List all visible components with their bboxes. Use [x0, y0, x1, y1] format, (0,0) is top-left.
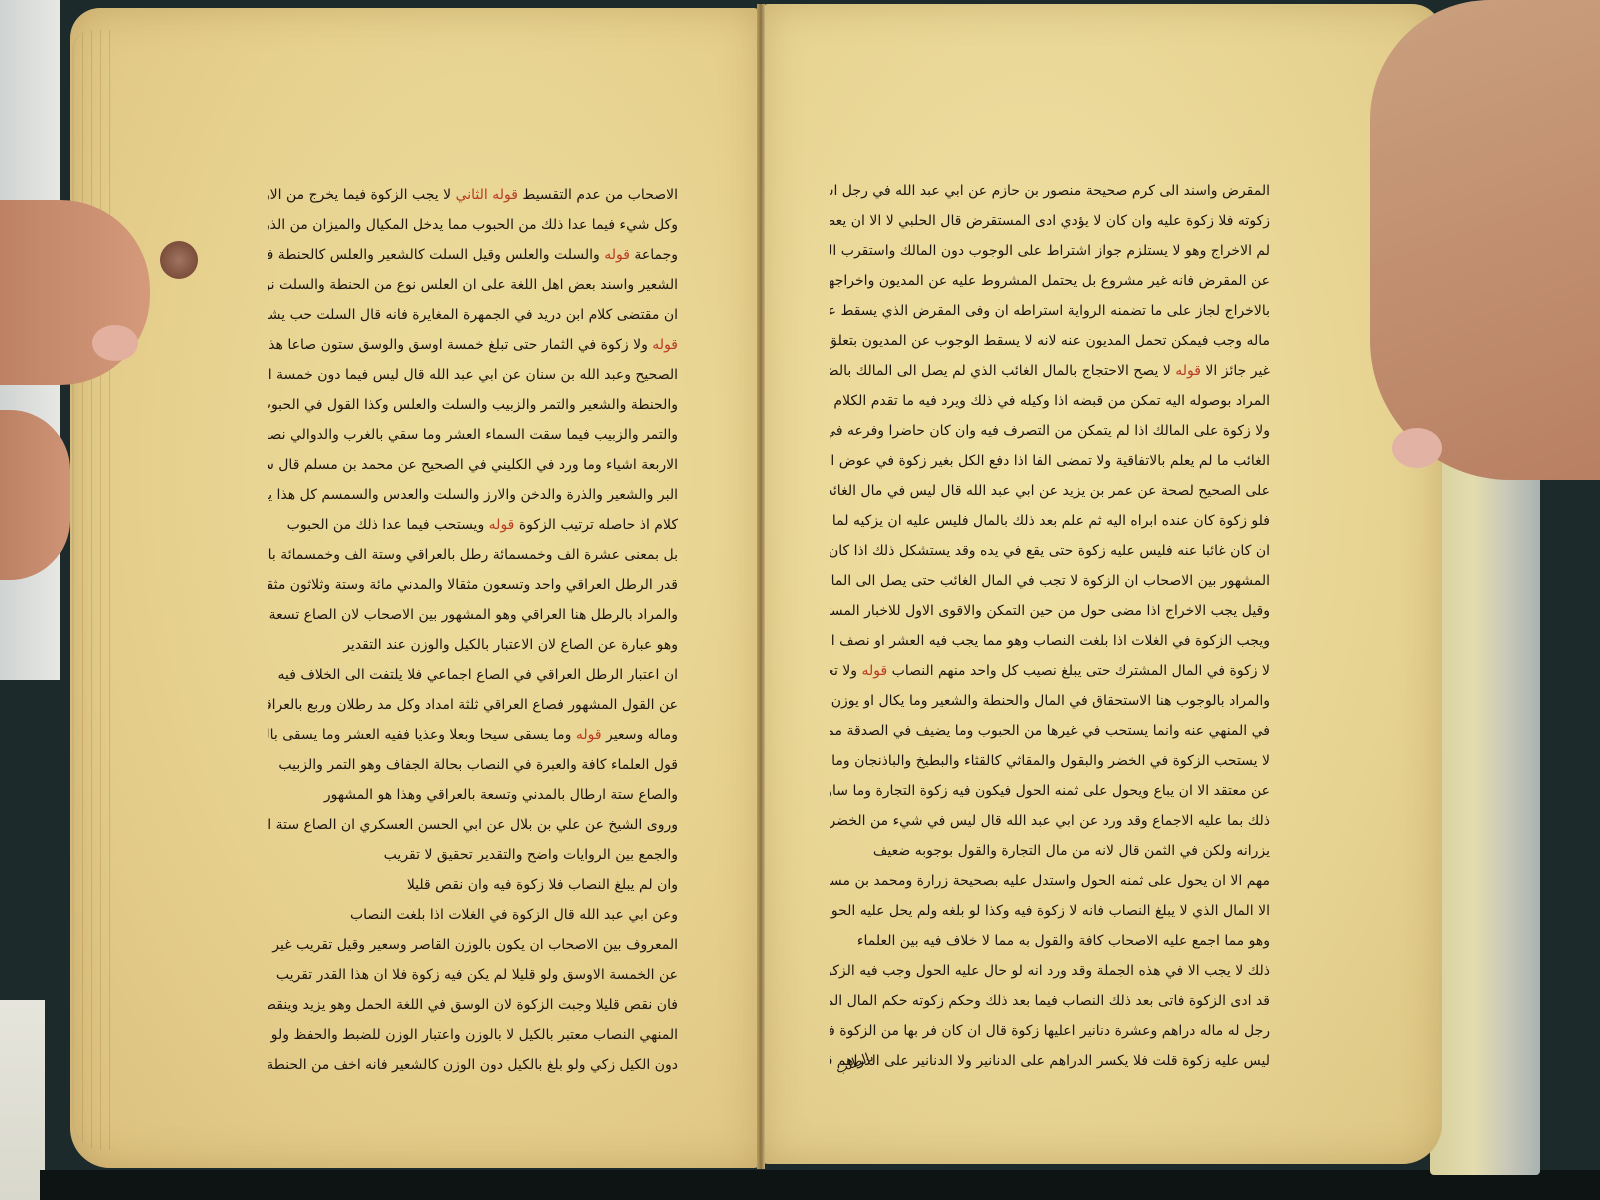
text-line: الصحيح وعبد الله بن سنان عن ابي عبد الله… — [268, 360, 678, 390]
background-surface — [0, 1000, 45, 1200]
text-line: ليس عليه زكوة قلت فلا يكسر الدراهم على ا… — [830, 1046, 1270, 1076]
text-segment: والمراد بالرطل هنا العراقي وهو المشهور ب… — [268, 607, 678, 623]
text-line: قد ادى الزكوة فاتى بعد ذلك النصاب فيما ب… — [830, 986, 1270, 1016]
text-segment: لا يجب الزكوة فيما يخرج من الارض الا في … — [268, 187, 456, 203]
text-segment: قدر الرطل العراقي واحد وتسعون مثقالا وال… — [268, 577, 678, 593]
text-segment: عن المقرض فانه غير مشروع بل يحتمل المشرو… — [830, 273, 1270, 289]
text-line: وماله وسعير قوله وما يسقى سيحا وبعلا وعذ… — [268, 720, 678, 750]
text-segment: وكل شيء فيما عدا ذلك من الحبوب مما يدخل … — [268, 217, 678, 233]
text-segment: عن القول المشهور فصاع العراقي ثلثة امداد… — [268, 697, 678, 713]
text-segment: قول العلماء كافة والعبرة في النصاب بحالة… — [278, 757, 678, 773]
text-segment: ولا زكوة في الثمار حتى تبلغ خمسة اوسق وا… — [268, 337, 652, 353]
text-line: والتمر والزبيب فيما سقت السماء العشر وما… — [268, 420, 678, 450]
book-gutter — [757, 4, 765, 1169]
text-segment: مهم الا ان يحول على ثمنه الحول واستدل عل… — [830, 873, 1270, 889]
book-cradle — [40, 1170, 1600, 1200]
text-segment: فان نقص قليلا وجبت الزكوة لان الوسق في ا… — [268, 997, 678, 1013]
text-segment: وجماعة — [630, 247, 678, 263]
rubric-heading: قوله — [576, 727, 602, 743]
text-line: عن معتقد الا ان يباع ويحول على ثمنه الحو… — [830, 776, 1270, 806]
text-segment: ذلك بما عليه الاجماع وقد ورد عن ابي عبد … — [830, 813, 1270, 829]
text-segment: البر والشعير والذرة والدخن والارز والسلت… — [268, 487, 678, 503]
thumbnail — [92, 325, 138, 361]
text-line: ان كان غائبا عنه فليس عليه زكوة حتى يقع … — [830, 536, 1270, 566]
text-line: المعروف بين الاصحاب ان يكون بالوزن القاص… — [268, 930, 678, 960]
text-segment: المعروف بين الاصحاب ان يكون بالوزن القاص… — [268, 937, 678, 953]
text-line: دون الكيل زكي ولو بلغ بالكيل دون الوزن ك… — [268, 1050, 678, 1080]
text-segment: ان كان غائبا عنه فليس عليه زكوة حتى يقع … — [830, 543, 1270, 559]
text-line: ان اعتبار الرطل العراقي في الصاع اجماعي … — [268, 660, 678, 690]
text-line: الاربعة اشياء وما ورد في الكليني في الصح… — [268, 450, 678, 480]
text-line: قوله ولا زكوة في الثمار حتى تبلغ خمسة او… — [268, 330, 678, 360]
text-line: زكوته فلا زكوة عليه وان كان لا يؤدي ادى … — [830, 206, 1270, 236]
text-line: كلام اذ حاصله ترتيب الزكوة قوله ويستحب ف… — [268, 510, 678, 540]
right-page-text: المقرض واسند الى كرم صحيحة منصور بن حازم… — [830, 176, 1270, 1076]
text-line: بل بمعنى عشرة الف وخمسمائة رطل بالعراقي … — [268, 540, 678, 570]
text-segment: ولا زكوة على المالك اذا لم يتمكن من التص… — [830, 423, 1270, 439]
text-line: فلو زكوة كان عنده ابراه اليه ثم علم بعد … — [830, 506, 1270, 536]
text-segment: والجمع بين الروايات واضح والتقدير تحقيق … — [384, 847, 678, 863]
text-segment: وماله وسعير — [602, 727, 678, 743]
text-segment: رجل له ماله دراهم وعشرة دنانير اعليها زك… — [830, 1023, 1270, 1039]
text-segment: لم الاخراج وهو لا يستلزم جواز اشتراط على… — [830, 243, 1270, 259]
text-line: ويجب الزكوة في الغلات اذا بلغت النصاب وه… — [830, 626, 1270, 656]
text-segment: على الصحيح لصحة عن عمر بن يزيد عن ابي عب… — [830, 483, 1270, 499]
rubric-heading: قوله الثاني — [456, 187, 518, 203]
ink-stain — [160, 241, 198, 279]
text-line: الغائب ما لم يعلم بالاتفاقية ولا تمضى ال… — [830, 446, 1270, 476]
text-segment: وهو عبارة عن الصاع لان الاعتبار بالكيل و… — [343, 637, 678, 653]
page-stack-left — [72, 30, 114, 1150]
thumbnail — [1392, 428, 1442, 468]
text-line: رجل له ماله دراهم وعشرة دنانير اعليها زك… — [830, 1016, 1270, 1046]
text-line: والجمع بين الروايات واضح والتقدير تحقيق … — [268, 840, 678, 870]
text-line: في المنهي عنه وانما يستحب في غيرها من ال… — [830, 716, 1270, 746]
text-line: عن الخمسة الاوسق ولو قليلا لم يكن فيه زك… — [268, 960, 678, 990]
text-line: قدر الرطل العراقي واحد وتسعون مثقالا وال… — [268, 570, 678, 600]
text-segment: الاربعة اشياء وما ورد في الكليني في الصح… — [268, 457, 678, 473]
text-segment: ان مقتضى كلام ابن دريد في الجمهرة المغاي… — [268, 307, 678, 323]
text-segment: الغائب ما لم يعلم بالاتفاقية ولا تمضى ال… — [830, 453, 1270, 469]
text-segment: بل بمعنى عشرة الف وخمسمائة رطل بالعراقي … — [268, 547, 678, 563]
text-line: بالاخراج لجاز على ما تضمنه الرواية استرا… — [830, 296, 1270, 326]
text-segment: يزرانه ولكن في الثمن قال لانه من مال الت… — [873, 843, 1270, 859]
hand-right-thumb — [1370, 0, 1600, 480]
text-line: المراد بوصوله اليه تمكن من قبضه اذا وكيل… — [830, 386, 1270, 416]
text-line: وهو عبارة عن الصاع لان الاعتبار بالكيل و… — [268, 630, 678, 660]
text-line: مهم الا ان يحول على ثمنه الحول واستدل عل… — [830, 866, 1270, 896]
rubric-heading: قوله — [604, 247, 630, 263]
text-segment: بالاخراج لجاز على ما تضمنه الرواية استرا… — [830, 303, 1270, 319]
text-segment: غير جائز الا — [1201, 363, 1270, 379]
text-segment: المراد بوصوله اليه تمكن من قبضه اذا وكيل… — [830, 393, 1270, 409]
text-segment: الا المال الذي لا يبلغ النصاب فانه لا زك… — [830, 903, 1270, 919]
text-segment: لا يصح الاحتجاج بالمال الغائب الذي لم يص… — [830, 363, 1175, 379]
text-line: لم الاخراج وهو لا يستلزم جواز اشتراط على… — [830, 236, 1270, 266]
text-line: الا المال الذي لا يبلغ النصاب فانه لا زك… — [830, 896, 1270, 926]
text-line: غير جائز الا قوله لا يصح الاحتجاج بالمال… — [830, 356, 1270, 386]
text-segment: وعن ابي عبد الله قال الزكوة في الغلات اذ… — [350, 907, 678, 923]
rubric-heading: قوله — [861, 663, 887, 679]
text-line: ولا زكوة على المالك اذا لم يتمكن من التص… — [830, 416, 1270, 446]
text-segment: ولا تجب الزكوة — [830, 663, 861, 679]
text-line: والصاع ستة ارطال بالمدني وتسعة بالعراقي … — [268, 780, 678, 810]
text-line: لا يستحب الزكوة في الخضر والبقول والمقاث… — [830, 746, 1270, 776]
rubric-heading: قوله — [489, 517, 515, 533]
text-line: ذلك لا يجب الا في هذه الجملة وقد ورد انه… — [830, 956, 1270, 986]
text-segment: الاصحاب من عدم التقسيط — [518, 187, 678, 203]
text-line: عن القول المشهور فصاع العراقي ثلثة امداد… — [268, 690, 678, 720]
text-line: والمراد بالوجوب هنا الاستحقاق في المال و… — [830, 686, 1270, 716]
text-segment: ان اعتبار الرطل العراقي في الصاع اجماعي … — [278, 667, 679, 683]
text-segment: زكوته فلا زكوة عليه وان كان لا يؤدي ادى … — [830, 213, 1270, 229]
text-segment: دون الكيل زكي ولو بلغ بالكيل دون الوزن ك… — [268, 1057, 678, 1073]
text-segment: لا يستحب الزكوة في الخضر والبقول والمقاث… — [830, 753, 1270, 769]
text-segment: فلو زكوة كان عنده ابراه اليه ثم علم بعد … — [830, 513, 1270, 529]
text-segment: والسلت والعلس وقيل السلت كالشعير والعلس … — [268, 247, 604, 263]
text-segment: عن معتقد الا ان يباع ويحول على ثمنه الحو… — [830, 783, 1270, 799]
text-segment: المقرض واسند الى كرم صحيحة منصور بن حازم… — [830, 183, 1270, 199]
text-line: فان نقص قليلا وجبت الزكوة لان الوسق في ا… — [268, 990, 678, 1020]
text-segment: والمراد بالوجوب هنا الاستحقاق في المال و… — [830, 693, 1270, 709]
text-line: وكل شيء فيما عدا ذلك من الحبوب مما يدخل … — [268, 210, 678, 240]
text-line: عن المقرض فانه غير مشروع بل يحتمل المشرو… — [830, 266, 1270, 296]
text-segment: وروى الشيخ عن علي بن بلال عن ابي الحسن ا… — [268, 817, 678, 833]
text-segment: والحنطة والشعير والتمر والزبيب والسلت وا… — [268, 397, 678, 413]
rubric-heading: قوله — [1175, 363, 1201, 379]
text-segment: ماله وجب فيمكن تحمل المديون عنه لانه لا … — [830, 333, 1270, 349]
text-line: ان مقتضى كلام ابن دريد في الجمهرة المغاي… — [268, 300, 678, 330]
text-segment: ليس عليه زكوة قلت فلا يكسر الدراهم على ا… — [830, 1053, 1270, 1069]
text-line: المقرض واسند الى كرم صحيحة منصور بن حازم… — [830, 176, 1270, 206]
text-line: قول العلماء كافة والعبرة في النصاب بحالة… — [268, 750, 678, 780]
text-segment: قد ادى الزكوة فاتى بعد ذلك النصاب فيما ب… — [830, 993, 1270, 1009]
text-line: الشعير واسند بعض اهل اللغة على ان العلس … — [268, 270, 678, 300]
text-segment: والتمر والزبيب فيما سقت السماء العشر وما… — [268, 427, 678, 443]
text-segment: ويجب الزكوة في الغلات اذا بلغت النصاب وه… — [830, 633, 1270, 649]
text-line: وروى الشيخ عن علي بن بلال عن ابي الحسن ا… — [268, 810, 678, 840]
text-segment: وان لم يبلغ النصاب فلا زكوة فيه وان نقص … — [407, 877, 678, 893]
text-line: البر والشعير والذرة والدخن والارز والسلت… — [268, 480, 678, 510]
text-line: الاصحاب من عدم التقسيط قوله الثاني لا يج… — [268, 180, 678, 210]
rubric-heading: قوله — [652, 337, 678, 353]
text-line: والحنطة والشعير والتمر والزبيب والسلت وا… — [268, 390, 678, 420]
text-segment: وما يسقى سيحا وبعلا وعذيا ففيه العشر وما… — [268, 727, 576, 743]
text-segment: ويستحب فيما عدا ذلك من الحبوب — [287, 517, 489, 533]
text-line: وعن ابي عبد الله قال الزكوة في الغلات اذ… — [268, 900, 678, 930]
text-segment: في المنهي عنه وانما يستحب في غيرها من ال… — [830, 723, 1270, 739]
text-segment: وقيل يجب الاخراج اذا مضى حول من حين التم… — [830, 603, 1270, 619]
text-segment: والصاع ستة ارطال بالمدني وتسعة بالعراقي … — [324, 787, 678, 803]
text-segment: عن الخمسة الاوسق ولو قليلا لم يكن فيه زك… — [276, 967, 678, 983]
text-line: والمراد بالرطل هنا العراقي وهو المشهور ب… — [268, 600, 678, 630]
text-segment: لا زكوة في المال المشترك حتى يبلغ نصيب ك… — [887, 663, 1270, 679]
text-line: ماله وجب فيمكن تحمل المديون عنه لانه لا … — [830, 326, 1270, 356]
text-segment: كلام اذ حاصله ترتيب الزكوة — [514, 517, 678, 533]
text-line: وجماعة قوله والسلت والعلس وقيل السلت كال… — [268, 240, 678, 270]
text-line: وهو مما اجمع عليه الاصحاب كافة والقول به… — [830, 926, 1270, 956]
text-segment: ذلك لا يجب الا في هذه الجملة وقد ورد انه… — [830, 963, 1270, 979]
text-segment: الشعير واسند بعض اهل اللغة على ان العلس … — [268, 277, 678, 293]
text-line: المشهور بين الاصحاب ان الزكوة لا تجب في … — [830, 566, 1270, 596]
text-line: على الصحيح لصحة عن عمر بن يزيد عن ابي عب… — [830, 476, 1270, 506]
text-segment: وهو مما اجمع عليه الاصحاب كافة والقول به… — [857, 933, 1270, 949]
text-line: وان لم يبلغ النصاب فلا زكوة فيه وان نقص … — [268, 870, 678, 900]
text-line: ذلك بما عليه الاجماع وقد ورد عن ابي عبد … — [830, 806, 1270, 836]
text-line: لا زكوة في المال المشترك حتى يبلغ نصيب ك… — [830, 656, 1270, 686]
text-segment: المنهي النصاب معتبر بالكيل لا بالوزن واع… — [268, 1027, 678, 1043]
text-line: المنهي النصاب معتبر بالكيل لا بالوزن واع… — [268, 1020, 678, 1050]
text-line: وقيل يجب الاخراج اذا مضى حول من حين التم… — [830, 596, 1270, 626]
left-page-text: الاصحاب من عدم التقسيط قوله الثاني لا يج… — [268, 180, 678, 1080]
text-line: يزرانه ولكن في الثمن قال لانه من مال الت… — [830, 836, 1270, 866]
text-segment: الصحيح وعبد الله بن سنان عن ابي عبد الله… — [268, 367, 678, 383]
text-segment: المشهور بين الاصحاب ان الزكوة لا تجب في … — [830, 573, 1270, 589]
